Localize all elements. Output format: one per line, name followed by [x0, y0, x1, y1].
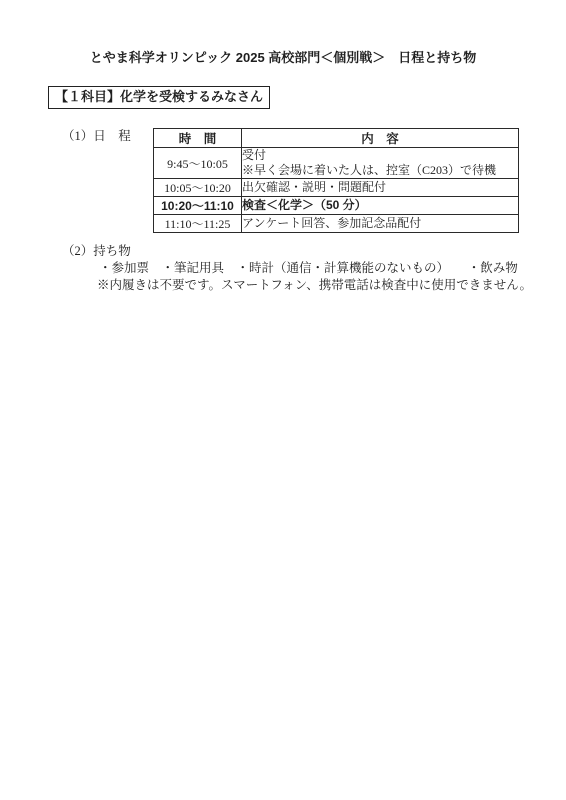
header-time: 時 間 — [154, 129, 242, 148]
content-cell: 受付 ※早く会場に着いた人は、控室（C203）で待機 — [242, 148, 519, 179]
content-line: 検査＜化学＞（50 分） — [242, 198, 518, 213]
content-cell: 検査＜化学＞（50 分） — [242, 197, 519, 215]
document-page: とやま科学オリンピック 2025 高校部門＜個別戦＞ 日程と持ち物 【１科目】化… — [0, 0, 566, 800]
table-row-exam: 10:20～11:10 検査＜化学＞（50 分） — [154, 197, 519, 215]
belongings-note: ※内履きは不要です。スマートフォン、携帯電話は検査中に使用できません。 — [97, 278, 532, 293]
belongings-items: ・参加票 ・筆記用具 ・時計（通信・計算機能のないもの） ・飲み物 — [99, 261, 518, 276]
content-line: 出欠確認・説明・問題配付 — [242, 180, 518, 195]
content-cell: 出欠確認・説明・問題配付 — [242, 179, 519, 197]
document-title: とやま科学オリンピック 2025 高校部門＜個別戦＞ 日程と持ち物 — [0, 50, 566, 66]
table-row: 10:05～10:20 出欠確認・説明・問題配付 — [154, 179, 519, 197]
section2-label: （2）持ち物 — [62, 244, 131, 259]
header-content: 内 容 — [242, 129, 519, 148]
content-line: アンケート回答、参加記念品配付 — [242, 216, 518, 231]
table-row: 11:10～11:25 アンケート回答、参加記念品配付 — [154, 215, 519, 233]
content-line: ※早く会場に着いた人は、控室（C203）で待機 — [242, 163, 518, 178]
time-cell: 9:45～10:05 — [154, 148, 242, 179]
schedule-header-row: 時 間 内 容 — [154, 129, 519, 148]
table-row: 9:45～10:05 受付 ※早く会場に着いた人は、控室（C203）で待機 — [154, 148, 519, 179]
section1-label: （1）日 程 — [62, 129, 131, 144]
time-cell: 11:10～11:25 — [154, 215, 242, 233]
content-line: 受付 — [242, 148, 518, 163]
subject-heading-box: 【１科目】化学を受検するみなさん — [48, 86, 270, 109]
schedule-table: 時 間 内 容 9:45～10:05 受付 ※早く会場に着いた人は、控室（C20… — [153, 128, 519, 233]
time-cell: 10:20～11:10 — [154, 197, 242, 215]
content-cell: アンケート回答、参加記念品配付 — [242, 215, 519, 233]
time-cell: 10:05～10:20 — [154, 179, 242, 197]
